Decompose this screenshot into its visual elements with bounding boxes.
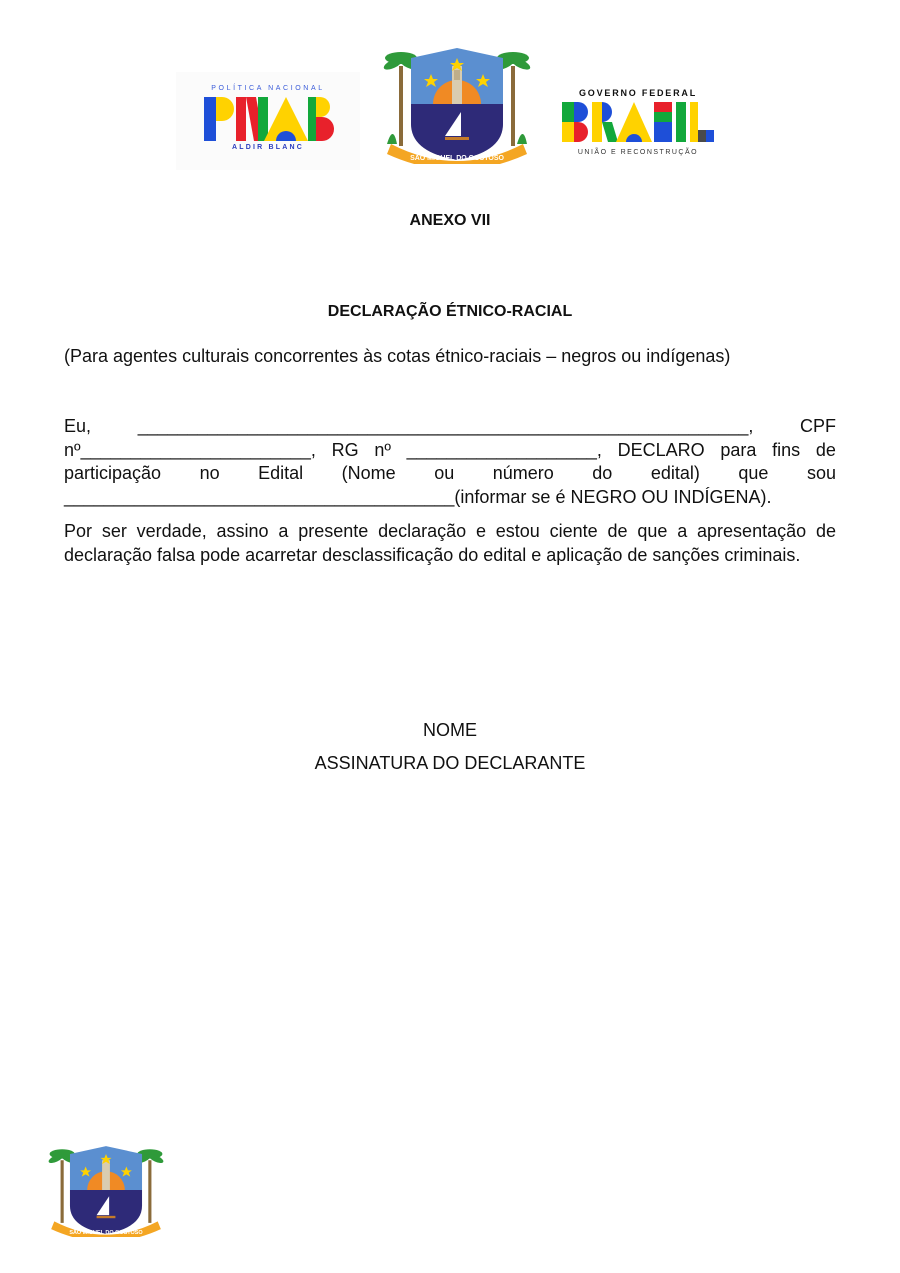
word: edital) bbox=[651, 462, 700, 486]
word: ser bbox=[102, 520, 127, 544]
word: do bbox=[592, 462, 612, 486]
ethnicity-blank-line[interactable]: _______________________________________(… bbox=[64, 486, 836, 510]
word: ou bbox=[434, 462, 454, 486]
word: a bbox=[278, 520, 288, 544]
word: declaração bbox=[378, 520, 466, 544]
annex-title: ANEXO VII bbox=[0, 212, 900, 230]
word: a bbox=[677, 520, 687, 544]
word: de bbox=[608, 520, 628, 544]
paragraph-line: nº_______________________, RG nº _______… bbox=[64, 439, 836, 463]
word: de bbox=[816, 439, 836, 463]
brasil-letters-icon bbox=[562, 102, 714, 142]
word: estou bbox=[496, 520, 540, 544]
crest-banner-text: SÃO MIGUEL DO GOSTOSO bbox=[410, 153, 504, 162]
crest-icon: SÃO MIGUEL DO GOSTOSO bbox=[48, 1143, 164, 1237]
crest-icon: SÃO MIGUEL DO GOSTOSO bbox=[383, 44, 531, 164]
word: que bbox=[738, 462, 768, 486]
sao-miguel-crest-logo: SÃO MIGUEL DO GOSTOSO bbox=[383, 44, 531, 164]
word: Por bbox=[64, 520, 92, 544]
word: fins bbox=[772, 439, 800, 463]
word: número bbox=[493, 462, 554, 486]
word: para bbox=[720, 439, 756, 463]
word: Edital bbox=[258, 462, 303, 486]
word: participação bbox=[64, 462, 161, 486]
paragraph-line: participação no Edital (Nome ou número d… bbox=[64, 462, 836, 486]
pnab-logo: POLÍTICA NACIONAL ALDIR BLANC bbox=[176, 72, 360, 170]
footer-crest-logo: SÃO MIGUEL DO GOSTOSO bbox=[48, 1143, 164, 1237]
word: CPF bbox=[800, 415, 836, 439]
word: presente bbox=[298, 520, 368, 544]
paragraph-line: declaração falsa pode acarretar desclass… bbox=[64, 544, 836, 568]
word: assino bbox=[217, 520, 269, 544]
word: no bbox=[200, 462, 220, 486]
header-logos: POLÍTICA NACIONAL ALDIR BLANC bbox=[0, 40, 900, 170]
crest-banner-text: SÃO MIGUEL DO GOSTOSO bbox=[69, 1229, 143, 1236]
word: e bbox=[476, 520, 486, 544]
word: sou bbox=[807, 462, 836, 486]
word: Eu, bbox=[64, 415, 91, 439]
signature-name: NOME bbox=[0, 720, 900, 741]
signature-label: ASSINATURA DO DECLARANTE bbox=[0, 753, 900, 774]
pnab-logo-bottom-text: ALDIR BLANC bbox=[176, 144, 360, 151]
declaration-subtitle: (Para agentes culturais concorrentes às … bbox=[64, 346, 844, 367]
word: RG bbox=[332, 439, 359, 463]
word: nº bbox=[374, 439, 391, 463]
truth-statement-paragraph: Por ser verdade, assino a presente decla… bbox=[64, 520, 836, 567]
word: (Nome bbox=[342, 462, 396, 486]
declaration-title: DECLARAÇÃO ÉTNICO-RACIAL bbox=[0, 303, 900, 321]
governo-federal-text: GOVERNO FEDERAL bbox=[558, 88, 718, 98]
name-blank-field[interactable]: ________________________________________… bbox=[138, 415, 754, 439]
pnab-logo-top-text: POLÍTICA NACIONAL bbox=[176, 85, 360, 92]
uniao-reconstrucao-text: UNIÃO E RECONSTRUÇÃO bbox=[558, 149, 718, 156]
declaration-paragraph: Eu, ____________________________________… bbox=[64, 415, 836, 509]
word: que bbox=[637, 520, 667, 544]
word: de bbox=[816, 520, 836, 544]
cpf-blank-field[interactable]: nº_______________________, bbox=[64, 439, 316, 463]
rg-blank-field[interactable]: ___________________, bbox=[407, 439, 602, 463]
paragraph-line: Eu, ____________________________________… bbox=[64, 415, 836, 439]
word: DECLARO bbox=[618, 439, 705, 463]
word: ciente bbox=[550, 520, 598, 544]
pnab-letters-icon bbox=[204, 97, 336, 141]
governo-federal-logo: GOVERNO FEDERAL UNIÃO E RECONSTR bbox=[558, 88, 718, 160]
word: verdade, bbox=[137, 520, 207, 544]
word: apresentação bbox=[697, 520, 806, 544]
paragraph-line: Por ser verdade, assino a presente decla… bbox=[64, 520, 836, 544]
